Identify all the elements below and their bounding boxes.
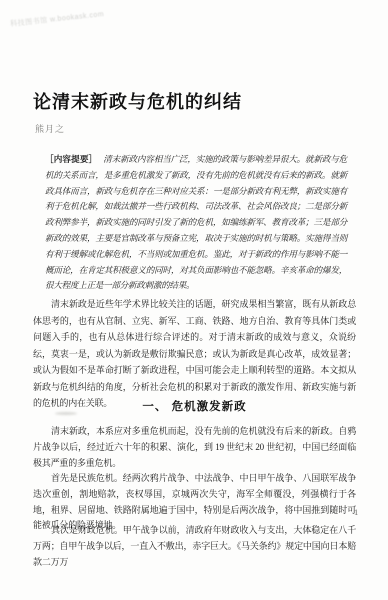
paragraph-fiscal-crisis: 其次是财政危机。甲午战争以前，清政府年财政收入与支出，大体稳定在八千万两；自甲午…	[33, 523, 356, 570]
scanned-paper-page: 科技图书馆 w.bookask.com 论清末新政与危机的纠结 熊月之 ［内容提…	[0, 0, 388, 600]
abstract-label: ［内容提要］	[45, 154, 103, 164]
library-watermark: 科技图书馆 w.bookask.com	[10, 9, 105, 29]
article-title: 论清末新政与危机的纠结	[33, 88, 242, 114]
page-number: 1	[354, 507, 358, 517]
abstract-text: 清末新政内容相当广泛，实施的政策与影响差异很大。就新政与危机的关系而言，是多重危…	[45, 154, 347, 290]
paragraph-crisis-origin: 清末新政，本系应对多重危机而起，没有先前的危机就没有后来的新政。自鸦片战争以后，…	[33, 424, 356, 471]
author-name: 熊月之	[35, 122, 65, 135]
intro-paragraph: 清末新政是近些年学术界比较关注的话题，研究成果相当繁富，既有从新政总体思考的，也…	[33, 296, 356, 412]
section-heading: 一、 危机激发新政	[33, 398, 356, 414]
abstract-block: ［内容提要］清末新政内容相当广泛，实施的政策与影响差异很大。就新政与危机的关系而…	[45, 152, 347, 294]
